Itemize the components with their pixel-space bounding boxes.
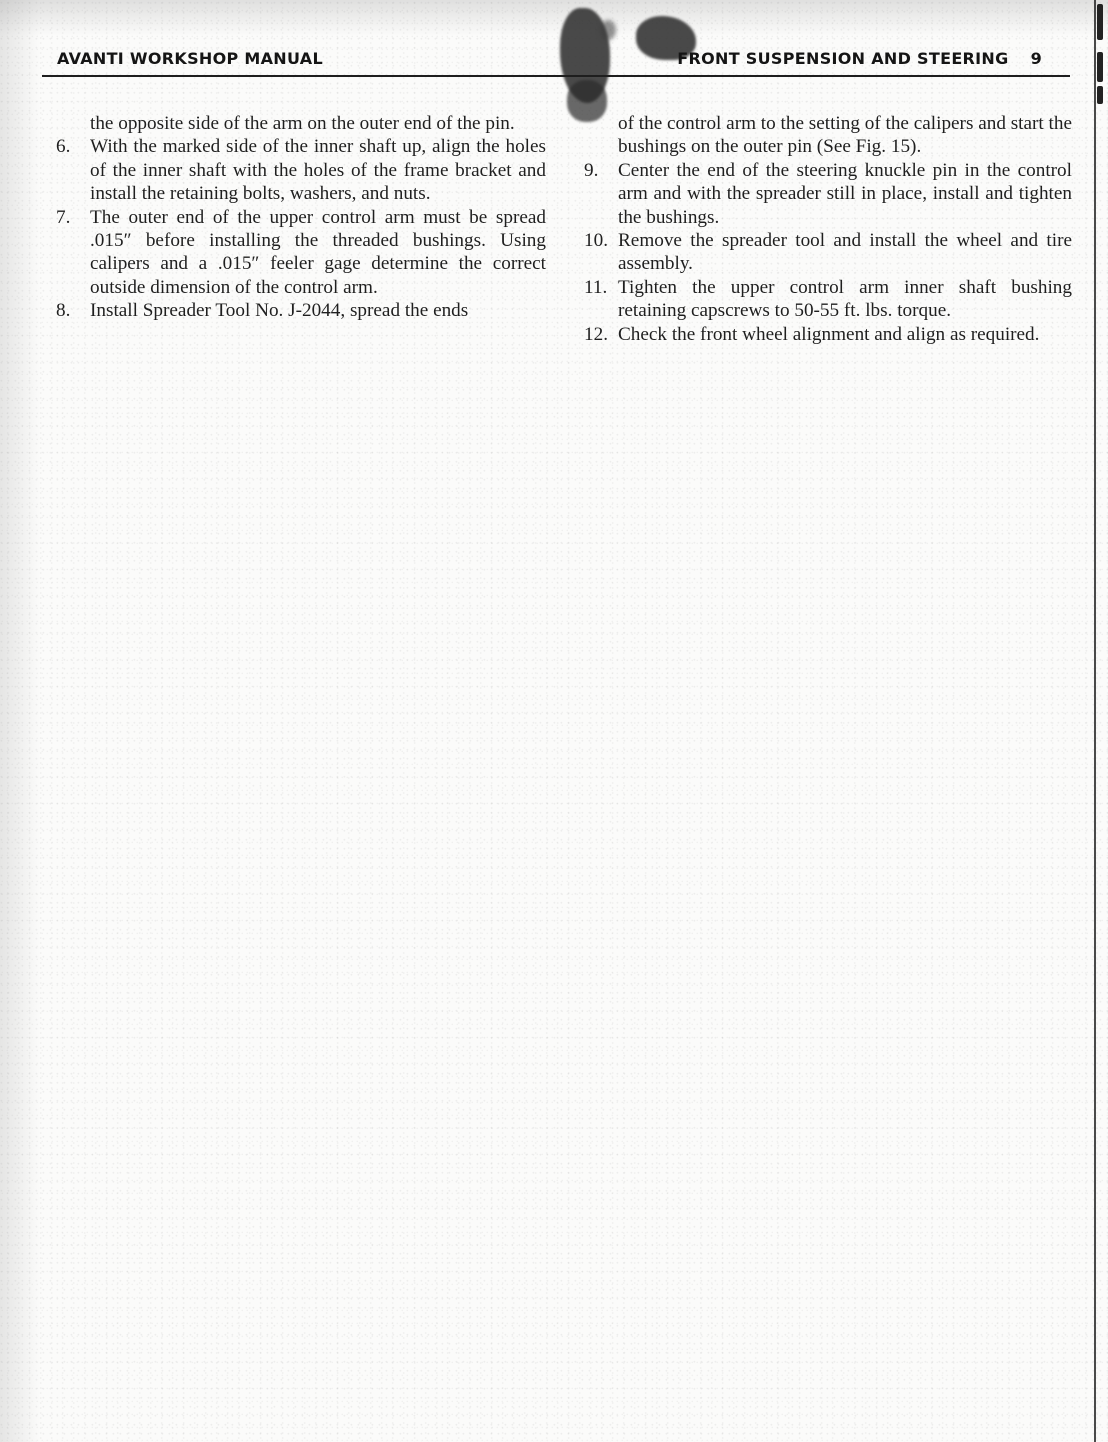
step-item: 6. With the marked side of the inner sha… [56,135,546,205]
step-text: Center the end of the steering knuckle p… [618,159,1072,229]
step-number: 12. [584,323,608,346]
binding-mark [1097,4,1103,40]
binding-mark [1097,86,1103,104]
step-text: Install Spreader Tool No. J-2044, spread… [90,299,546,322]
step-item: 11. Tighten the upper control arm inner … [584,276,1072,323]
step-number: 7. [56,206,70,229]
left-column: the opposite side of the arm on the oute… [56,112,546,323]
step-item: 9. Center the end of the steering knuckl… [584,159,1072,229]
scan-shadow-left [0,0,40,1442]
ink-smudge [600,20,616,40]
step-number: 8. [56,299,70,322]
step-number: 6. [56,135,70,158]
section-title: FRONT SUSPENSION AND STEERING [677,49,1008,68]
step-number: 10. [584,229,608,252]
step-item: 12. Check the front wheel alignment and … [584,323,1072,346]
continued-paragraph: the opposite side of the arm on the oute… [56,112,546,135]
step-item: 8. Install Spreader Tool No. J-2044, spr… [56,299,546,322]
scan-shadow-top [0,0,1108,36]
step-text: Remove the spreader tool and install the… [618,229,1072,276]
step-text: With the marked side of the inner shaft … [90,135,546,205]
step-text: Check the front wheel alignment and alig… [618,323,1072,346]
running-header: FRONT SUSPENSION AND STEERING 9 [677,49,1042,68]
continued-paragraph: of the control arm to the setting of the… [584,112,1072,159]
step-item: 7. The outer end of the upper control ar… [56,206,546,300]
step-text: The outer end of the upper control arm m… [90,206,546,300]
step-number: 11. [584,276,607,299]
step-text: Tighten the upper control arm inner shaf… [618,276,1072,323]
page-number: 9 [1031,49,1042,68]
header-rule [42,75,1070,77]
page-binding-edge [1094,0,1096,1442]
binding-mark [1097,52,1103,82]
step-number: 9. [584,159,598,182]
right-column: of the control arm to the setting of the… [584,112,1072,346]
manual-title: AVANTI WORKSHOP MANUAL [57,49,323,68]
step-item: 10. Remove the spreader tool and install… [584,229,1072,276]
